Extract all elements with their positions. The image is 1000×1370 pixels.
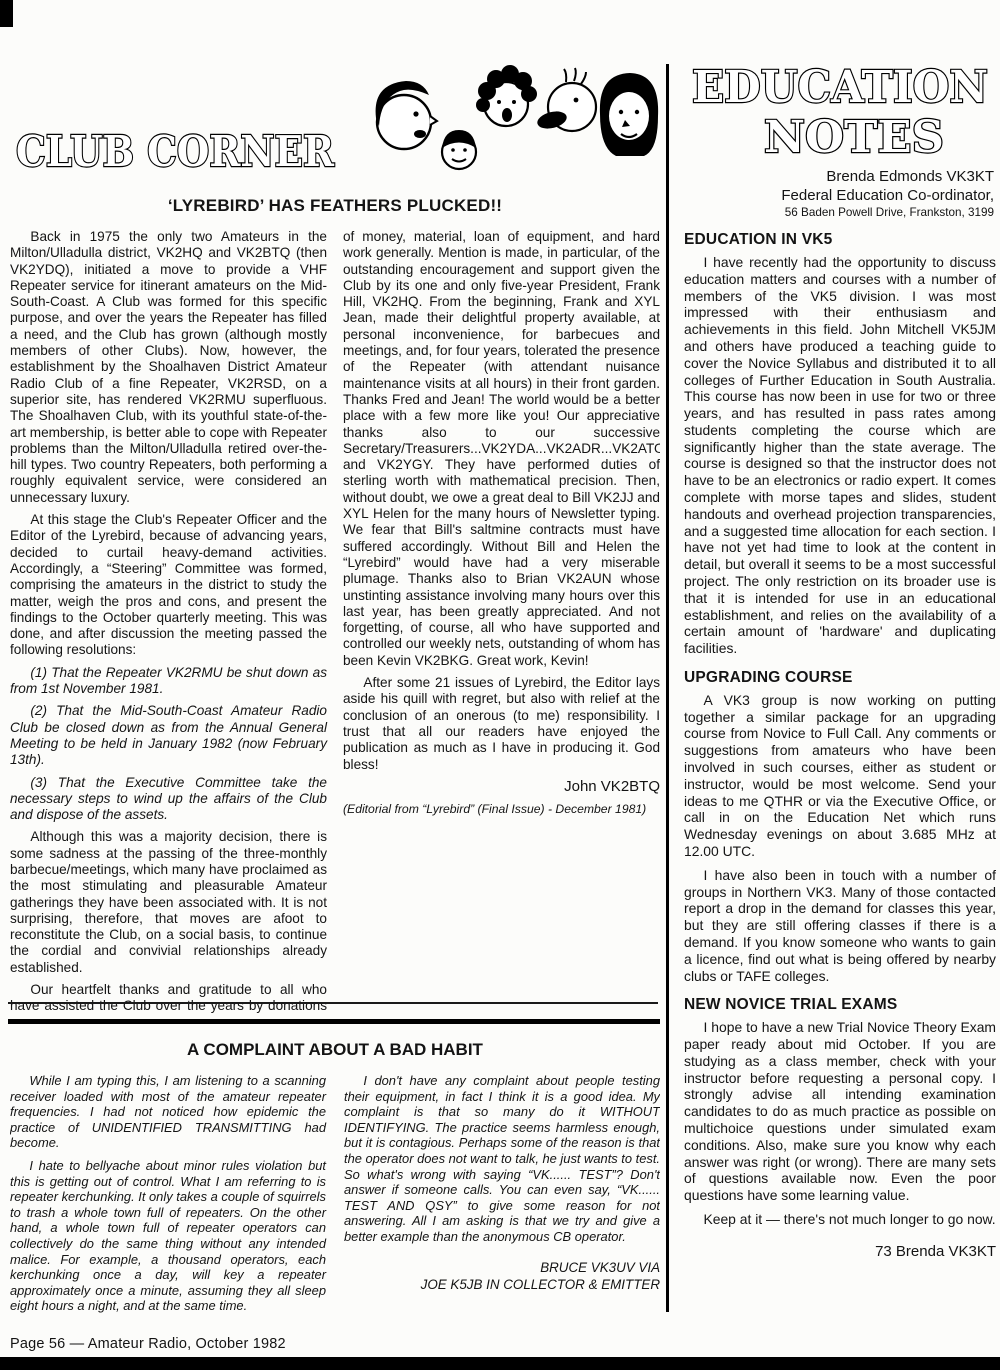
paragraph: Keep at it — there's not much longer to … — [684, 1211, 996, 1228]
complaint-signature-line-1: BRUCE VK3UV VIA — [344, 1259, 660, 1276]
education-notes-header: EDUCATION NOTES — [684, 60, 996, 164]
separator-thin-rule — [8, 1002, 658, 1004]
education-signoff: 73 Brenda VK3KT — [684, 1244, 996, 1261]
club-corner-section: CLUB CORNER — [10, 58, 660, 1015]
education-header-line2: NOTES — [764, 112, 944, 163]
paragraph: I have also been in touch with a number … — [684, 867, 996, 985]
complaint-signature-line-2: JOE K5JB IN COLLECTOR & EMITTER — [344, 1276, 660, 1293]
page-footer: Page 56 — Amateur Radio, October 1982 — [10, 1336, 286, 1352]
paragraph: I have recently had the opportunity to d… — [684, 254, 996, 657]
paragraph: I hope to have a new Trial Novice Theory… — [684, 1019, 996, 1204]
paragraph: While I am typing this, I am listening t… — [10, 1073, 326, 1151]
complaint-title: A COMPLAINT ABOUT A BAD HABIT — [10, 1040, 660, 1060]
complaint-body: While I am typing this, I am listening t… — [10, 1073, 660, 1345]
resolution-3: (3) That the Executive Committee take th… — [10, 775, 327, 824]
column-divider — [666, 64, 669, 1312]
education-notes-section: EDUCATION NOTES Brenda Edmonds VK3KT Fed… — [684, 60, 996, 1261]
paragraph: Back in 1975 the only two Amateurs in th… — [10, 229, 327, 506]
byline-address: 56 Baden Powell Drive, Frankston, 3199 — [684, 206, 994, 221]
paragraph: At this stage the Club's Repeater Office… — [10, 512, 327, 659]
cartoon-family-illustration — [360, 60, 660, 186]
article-body: Back in 1975 the only two Amateurs in th… — [10, 229, 660, 1015]
resolution-2: (2) That the Mid-South-Coast Amateur Rad… — [10, 703, 327, 768]
resolution-1: (1) That the Repeater VK2RMU be shut dow… — [10, 665, 327, 698]
paragraph: A VK3 group is now working on putting to… — [684, 692, 996, 860]
scan-corner-artifact — [0, 0, 13, 27]
section-heading-upgrading-course: UPGRADING COURSE — [684, 670, 996, 687]
byline: Brenda Edmonds VK3KT Federal Education C… — [684, 168, 994, 220]
byline-name: Brenda Edmonds VK3KT — [684, 168, 994, 187]
article-signature: John VK2BTQ — [343, 779, 660, 795]
magazine-page: CLUB CORNER — [0, 0, 1000, 1370]
separator-thick-rule — [8, 1019, 660, 1024]
bottom-rule — [0, 1357, 1000, 1370]
education-notes-body: EDUCATION IN VK5 I have recently had the… — [684, 232, 996, 1260]
paragraph: Although this was a majority decision, t… — [10, 829, 327, 976]
complaint-section: A COMPLAINT ABOUT A BAD HABIT While I am… — [10, 1034, 660, 1345]
club-corner-title-text: CLUB CORNER — [16, 127, 335, 176]
education-notes-header-art: EDUCATION NOTES — [684, 60, 996, 164]
paragraph: After some 21 issues of Lyrebird, the Ed… — [343, 675, 660, 773]
byline-role: Federal Education Co-ordinator, — [684, 187, 994, 206]
article-credit: (Editorial from “Lyrebird” (Final Issue)… — [343, 801, 660, 817]
education-header-line1: EDUCATION — [692, 62, 988, 113]
section-heading-education-in-vk5: EDUCATION IN VK5 — [684, 232, 996, 249]
article-title: ‘LYREBIRD’ HAS FEATHERS PLUCKED!! — [10, 196, 660, 216]
complaint-signature: BRUCE VK3UV VIA JOE K5JB IN COLLECTOR & … — [344, 1259, 660, 1293]
section-heading-new-novice-trial-exams: NEW NOVICE TRIAL EXAMS — [684, 997, 996, 1014]
paragraph: I hate to bellyache about minor rules vi… — [10, 1158, 326, 1314]
club-corner-header: CLUB CORNER — [10, 116, 340, 186]
club-corner-header-row: CLUB CORNER — [10, 58, 660, 186]
paragraph: I don't have any complaint about people … — [344, 1073, 660, 1245]
